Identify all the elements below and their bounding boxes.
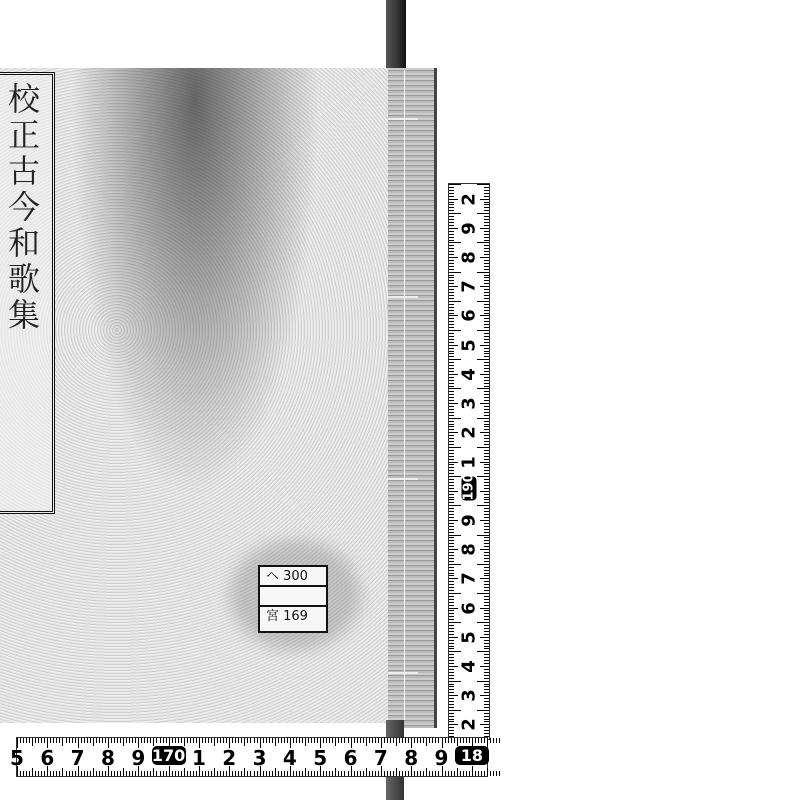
ruler-tick <box>126 738 127 743</box>
ruler-tick <box>480 491 489 492</box>
ruler-tick <box>484 295 489 296</box>
ruler-tick <box>449 707 454 708</box>
ruler-tick <box>449 345 458 346</box>
ruler-tick <box>357 738 358 743</box>
ruler-tick <box>366 768 367 776</box>
ruler-tick <box>475 771 476 776</box>
ruler-tick <box>480 724 489 725</box>
ruler-tick <box>56 738 57 743</box>
ruler-tick <box>449 628 454 629</box>
ruler-tick <box>477 535 489 536</box>
ruler-tick <box>178 771 179 776</box>
ruler-tick <box>484 654 489 655</box>
ruler-tick <box>393 738 394 743</box>
ruler-tick <box>477 388 489 389</box>
ruler-tick <box>484 336 489 337</box>
ruler-label: 8 <box>399 746 423 770</box>
ruler-tick <box>449 479 454 480</box>
ruler-label: 7 <box>369 746 393 770</box>
ruler-tick <box>323 738 324 743</box>
ruler-tick <box>202 738 203 743</box>
ruler-tick <box>449 280 454 281</box>
ruler-tick <box>484 561 489 562</box>
ruler-tick <box>429 738 430 743</box>
ruler-tick <box>449 251 454 252</box>
ruler-tick <box>449 444 454 445</box>
ruler-tick <box>484 470 489 471</box>
ruler-tick <box>449 698 454 699</box>
ruler-tick <box>335 738 336 746</box>
ruler-tick <box>449 324 454 325</box>
ruler-tick <box>281 738 282 743</box>
ruler-tick <box>484 394 489 395</box>
ruler-tick <box>449 339 454 340</box>
ruler-tick <box>90 771 91 776</box>
ruler-tick <box>390 771 391 776</box>
ruler-tick <box>449 391 454 392</box>
ruler-tick <box>449 275 454 276</box>
ruler-tick <box>484 444 489 445</box>
ruler-tick <box>496 771 497 776</box>
ruler-tick <box>50 738 51 743</box>
ruler-tick <box>405 771 406 776</box>
ruler-label: 6 <box>459 304 480 328</box>
ruler-tick <box>399 771 400 776</box>
ruler-tick <box>477 447 489 448</box>
ruler-tick <box>449 648 454 649</box>
ruler-tick <box>90 738 91 743</box>
ruler-label: 4 <box>459 362 480 386</box>
ruler-tick <box>481 738 482 743</box>
ruler-tick <box>117 771 118 776</box>
ruler-tick <box>484 663 489 664</box>
ruler-tick <box>26 771 27 776</box>
ruler-tick <box>449 403 458 404</box>
ruler-tick <box>480 345 489 346</box>
ruler-tick <box>499 738 500 743</box>
ruler-tick <box>326 738 327 743</box>
ruler-tick <box>205 771 206 776</box>
ruler-tick <box>449 564 461 565</box>
ruler-tick <box>484 648 489 649</box>
ruler-tick <box>241 771 242 776</box>
ruler-tick <box>477 593 489 594</box>
ruler-tick <box>475 738 476 743</box>
ruler-tick <box>287 771 288 776</box>
ruler-tick <box>449 540 454 541</box>
ruler-label: 8 <box>96 746 120 770</box>
ruler-tick <box>484 552 489 553</box>
ruler-tick <box>449 304 454 305</box>
ruler-tick <box>449 532 454 533</box>
ruler-tick <box>449 596 454 597</box>
ruler-tick <box>449 622 461 623</box>
ruler-tick <box>484 575 489 576</box>
ruler-tick <box>484 707 489 708</box>
ruler-tick <box>449 415 454 416</box>
ruler-tick <box>105 771 106 776</box>
ruler-tick <box>484 383 489 384</box>
ruler-tick <box>484 485 489 486</box>
stitch <box>388 118 418 120</box>
ruler-tick <box>449 678 454 679</box>
ruler-tick <box>484 587 489 588</box>
ruler-tick <box>99 771 100 776</box>
ruler-tick <box>449 485 454 486</box>
ruler-tick <box>484 193 489 194</box>
ruler-tick <box>449 272 461 273</box>
ruler-tick <box>369 771 370 776</box>
ruler-tick <box>484 424 489 425</box>
ruler-label: 5 <box>308 746 332 770</box>
binding-thread <box>404 70 405 720</box>
ruler-tick <box>129 738 130 743</box>
stitch <box>388 478 418 480</box>
ruler-tick <box>484 532 489 533</box>
ruler-tick <box>329 771 330 776</box>
ruler-tick <box>449 473 454 474</box>
ruler-tick <box>338 738 339 743</box>
ruler-label: 6 <box>35 746 59 770</box>
ruler-tick <box>484 351 489 352</box>
ruler-tick <box>44 771 45 776</box>
ruler-tick <box>244 768 245 776</box>
ruler-label: 6 <box>459 596 480 620</box>
ruler-tick <box>20 771 21 776</box>
ruler-tick <box>484 555 489 556</box>
ruler-tick <box>360 738 361 743</box>
ruler-label: 8 <box>459 538 480 562</box>
ruler-tick <box>66 738 67 743</box>
ruler-tick <box>287 738 288 743</box>
ruler-tick <box>484 450 489 451</box>
ruler-tick <box>226 771 227 776</box>
ruler-tick <box>449 269 454 270</box>
ruler-tick <box>449 380 454 381</box>
ruler-tick <box>484 704 489 705</box>
ruler-tick <box>477 505 489 506</box>
ruler-tick <box>426 768 427 776</box>
ruler-label: 4 <box>459 654 480 678</box>
ruler-tick <box>449 362 454 363</box>
ruler-tick <box>166 738 167 743</box>
ruler-label: 18 <box>455 746 489 765</box>
ruler-tick <box>449 237 454 238</box>
ruler-tick <box>457 768 458 776</box>
ruler-tick <box>457 738 458 746</box>
ruler-tick <box>449 231 454 232</box>
ruler-tick <box>449 713 454 714</box>
ruler-tick <box>449 228 458 229</box>
ruler-tick <box>69 738 70 743</box>
ruler-tick <box>449 462 458 463</box>
ruler-tick <box>272 771 273 776</box>
ruler-tick <box>190 771 191 776</box>
ruler-tick <box>484 269 489 270</box>
ruler-tick <box>449 625 454 626</box>
ruler-tick <box>449 216 454 217</box>
ruler-tick <box>449 412 454 413</box>
ruler-tick <box>449 549 458 550</box>
ruler-tick <box>438 738 439 743</box>
ruler-tick <box>29 771 30 776</box>
ruler-tick <box>484 657 489 658</box>
ruler-tick <box>449 721 454 722</box>
ruler-tick <box>96 771 97 776</box>
ruler-tick <box>469 771 470 776</box>
ruler-label: 7 <box>459 567 480 591</box>
ruler-tick <box>102 771 103 776</box>
ruler-tick <box>449 610 454 611</box>
ruler-tick <box>484 327 489 328</box>
ruler-tick <box>449 388 461 389</box>
ruler-tick <box>449 432 458 433</box>
ruler-tick <box>484 365 489 366</box>
ruler-tick <box>449 514 454 515</box>
ruler-tick <box>448 771 449 776</box>
ruler-label: 190 <box>462 476 477 500</box>
ruler-label: 3 <box>248 746 272 770</box>
ruler-tick <box>449 561 454 562</box>
ruler-tick <box>484 730 489 731</box>
ruler-label: 7 <box>459 275 480 299</box>
ruler-tick <box>449 438 454 439</box>
ruler-tick <box>214 738 215 746</box>
ruler-tick <box>449 467 454 468</box>
ruler-tick <box>484 339 489 340</box>
ruler-tick <box>223 738 224 743</box>
ruler-tick <box>141 771 142 776</box>
ruler-tick <box>449 283 454 284</box>
ruler-label: 2 <box>459 713 480 737</box>
ruler-tick <box>449 488 454 489</box>
ruler-tick <box>449 313 454 314</box>
ruler-tick <box>484 584 489 585</box>
ruler-tick <box>449 254 454 255</box>
ruler-tick <box>302 738 303 743</box>
ruler-tick <box>193 771 194 776</box>
ruler-tick <box>123 738 124 746</box>
ruler-tick <box>484 371 489 372</box>
ruler-tick <box>480 228 489 229</box>
ruler-tick <box>480 286 489 287</box>
ruler-tick <box>254 771 255 776</box>
ruler-tick <box>484 488 489 489</box>
ruler-tick <box>175 771 176 776</box>
ruler-tick <box>496 738 497 743</box>
ruler-tick <box>449 529 454 530</box>
ruler-tick <box>378 771 379 776</box>
ruler-tick <box>480 315 489 316</box>
ruler-tick <box>484 324 489 325</box>
ruler-tick <box>432 771 433 776</box>
ruler-tick <box>463 771 464 776</box>
ruler-tick <box>477 301 489 302</box>
ruler-tick <box>484 573 489 574</box>
ruler-tick <box>449 377 454 378</box>
ruler-tick <box>477 242 489 243</box>
ruler-tick <box>484 672 489 673</box>
ruler-tick <box>363 738 364 743</box>
ruler-tick <box>480 257 489 258</box>
ruler-label: 5 <box>459 625 480 649</box>
ruler-tick <box>477 681 489 682</box>
ruler-tick <box>484 187 489 188</box>
ruler-tick <box>477 184 489 185</box>
ruler-tick <box>69 771 70 776</box>
ruler-tick <box>478 738 479 743</box>
ruler-tick <box>449 409 454 410</box>
ruler-tick <box>484 698 489 699</box>
ruler-tick <box>163 771 164 776</box>
ruler-tick <box>449 257 458 258</box>
ruler-tick <box>449 537 454 538</box>
ruler-tick <box>423 771 424 776</box>
ruler-tick <box>449 418 461 419</box>
ruler-label: 170 <box>152 746 186 765</box>
ruler-tick <box>269 771 270 776</box>
ruler-tick <box>275 768 276 776</box>
ruler-tick <box>484 610 489 611</box>
ruler-tick <box>484 502 489 503</box>
ruler-tick <box>484 225 489 226</box>
ruler-tick <box>308 771 309 776</box>
vertical-ruler: 298765432119098765432 <box>448 183 490 740</box>
ruler-tick <box>484 289 489 290</box>
ruler-tick <box>244 738 245 746</box>
ruler-tick <box>484 494 489 495</box>
ruler-tick <box>463 738 464 743</box>
tag-row: 宮 169 <box>260 607 326 627</box>
ruler-tick <box>117 738 118 743</box>
ruler-tick <box>360 771 361 776</box>
ruler-tick <box>449 520 458 521</box>
ruler-tick <box>449 286 458 287</box>
ruler-tick <box>420 738 421 743</box>
ruler-tick <box>484 590 489 591</box>
ruler-tick <box>484 523 489 524</box>
ruler-tick <box>451 738 452 743</box>
ruler-tick <box>449 213 461 214</box>
ruler-tick <box>448 738 449 743</box>
ruler-tick <box>372 771 373 776</box>
ruler-tick <box>449 318 454 319</box>
ruler-tick <box>449 555 454 556</box>
ruler-tick <box>35 771 36 776</box>
ruler-tick <box>449 724 458 725</box>
ruler-tick <box>153 738 154 746</box>
ruler-tick <box>487 768 488 776</box>
ruler-tick <box>493 738 494 743</box>
ruler-tick <box>449 453 454 454</box>
ruler-tick <box>480 520 489 521</box>
ruler-tick <box>308 738 309 743</box>
ruler-tick <box>414 738 415 743</box>
ruler-tick <box>332 771 333 776</box>
ruler-tick <box>114 771 115 776</box>
ruler-tick <box>335 768 336 776</box>
ruler-tick <box>449 225 454 226</box>
ruler-tick <box>50 771 51 776</box>
ruler-tick <box>32 768 33 776</box>
ruler-tick <box>449 263 454 264</box>
ruler-tick <box>23 738 24 743</box>
ruler-tick <box>484 313 489 314</box>
ruler-tick <box>484 689 489 690</box>
ruler-tick <box>449 593 461 594</box>
ruler-tick <box>484 237 489 238</box>
ruler-tick <box>181 771 182 776</box>
ruler-tick <box>449 289 454 290</box>
ruler-tick <box>449 394 454 395</box>
ruler-tick <box>266 738 267 743</box>
ruler-tick <box>449 497 454 498</box>
ruler-tick <box>484 613 489 614</box>
ruler-tick <box>449 426 454 427</box>
ruler-tick <box>484 231 489 232</box>
ruler-tick <box>220 771 221 776</box>
ruler-tick <box>484 283 489 284</box>
ruler-tick <box>454 771 455 776</box>
ruler-tick <box>87 771 88 776</box>
ruler-tick <box>466 738 467 743</box>
ruler-tick <box>102 738 103 743</box>
ruler-tick <box>449 327 454 328</box>
ruler-label: 9 <box>126 746 150 770</box>
ruler-tick <box>449 356 454 357</box>
ruler-tick <box>484 716 489 717</box>
ruler-tick <box>484 412 489 413</box>
ruler-tick <box>484 210 489 211</box>
ruler-tick <box>449 599 454 600</box>
stitch <box>388 672 418 674</box>
ruler-tick <box>484 678 489 679</box>
ruler-tick <box>120 771 121 776</box>
ruler-tick <box>184 738 185 746</box>
ruler-tick <box>449 301 461 302</box>
ruler-tick <box>484 429 489 430</box>
ruler-tick <box>449 386 454 387</box>
ruler-tick <box>449 651 461 652</box>
ruler-tick <box>449 619 454 620</box>
ruler-tick <box>451 771 452 776</box>
ruler-tick <box>93 768 94 776</box>
ruler-tick <box>484 234 489 235</box>
ruler-tick <box>484 263 489 264</box>
ruler-tick <box>296 738 297 743</box>
call-number-tag: ヘ 300 宮 169 <box>258 565 328 633</box>
ruler-tick <box>484 482 489 483</box>
ruler-tick <box>449 719 454 720</box>
ruler-label: 6 <box>339 746 363 770</box>
ruler-tick <box>477 476 489 477</box>
ruler-tick <box>223 771 224 776</box>
ruler-tick <box>263 771 264 776</box>
cover-title: 校正古今和歌集 <box>4 82 40 334</box>
ruler-tick <box>396 738 397 746</box>
ruler-tick <box>449 464 454 465</box>
ruler-tick <box>449 242 461 243</box>
ruler-tick <box>449 397 454 398</box>
ruler-label: 2 <box>459 187 480 211</box>
ruler-tick <box>472 766 473 776</box>
ruler-tick <box>449 710 461 711</box>
ruler-tick <box>449 546 454 547</box>
ruler-tick <box>329 738 330 743</box>
ruler-tick <box>81 738 82 743</box>
ruler-tick <box>484 400 489 401</box>
ruler-tick <box>449 517 454 518</box>
